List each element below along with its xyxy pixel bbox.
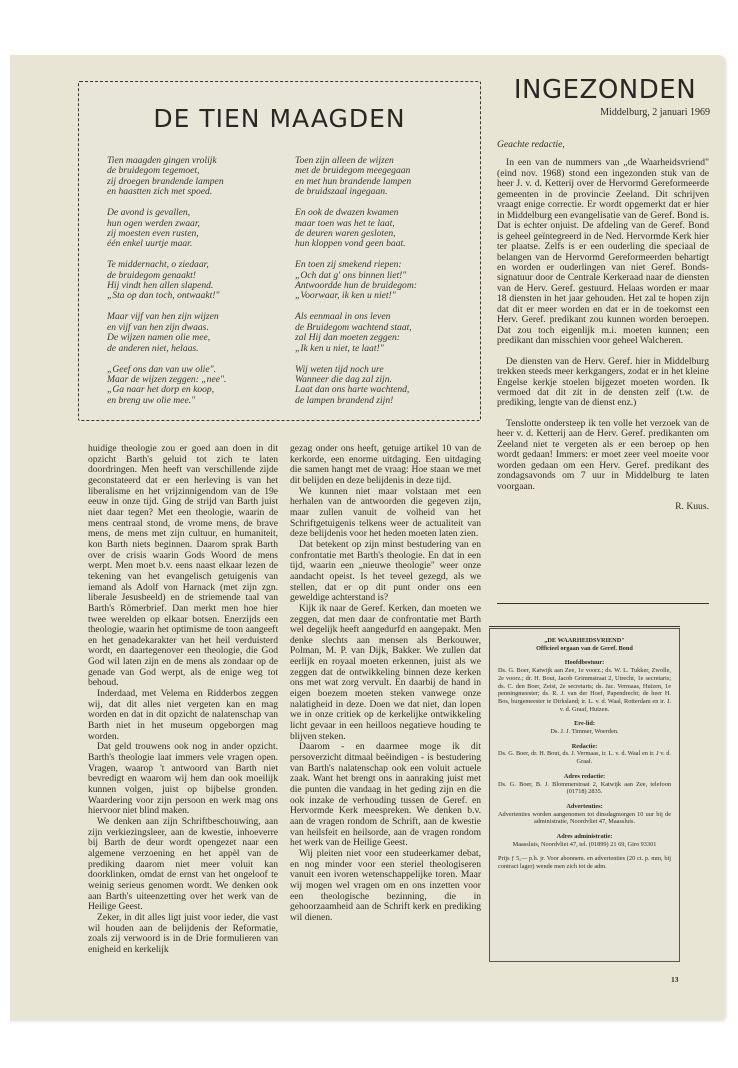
article-paragraph: Kijk ik naar de Geref. Kerken, dan moete…	[290, 604, 481, 743]
poem-stanza: De avond is gevallen, hun ogen werden zw…	[107, 208, 267, 250]
article-paragraph: We kunnen niet maar volstaan met een her…	[290, 487, 481, 540]
article-paragraph: Dat betekent op zijn minst bestudering v…	[290, 540, 481, 604]
poem-stanza: En ook de dwazen kwamen maar toen was he…	[295, 208, 455, 250]
page-number: 13	[671, 975, 679, 984]
poem-stanza: „Geef ons dan van uw olie". Maar de wijz…	[107, 365, 267, 407]
article-paragraph: huidige theologie zou er goed aan doen i…	[88, 444, 278, 689]
colophon-heading: Adres administratie:	[498, 833, 671, 841]
poem-box: DE TIEN MAAGDEN Tien maagden gingen vrol…	[78, 81, 481, 421]
poem-stanza: En toen zij smekend riepen: „Och dat g' …	[295, 260, 455, 302]
letter-paragraph: In een van de nummers van „de Waarheidsv…	[497, 158, 709, 346]
publication-subtitle: Officieel orgaan van de Geref. Bond	[498, 645, 671, 653]
colophon-sections: Hoofdbestuur:Ds. G. Boer, Katwijk aan Ze…	[498, 659, 671, 848]
divider-rule-thin	[489, 626, 680, 627]
letter-paragraphs: In een van de nummers van „de Waarheidsv…	[497, 158, 709, 492]
colophon-heading: Hoofdbestuur:	[498, 659, 671, 667]
article-paragraph: Daarom - en daarmee moge ik dit persover…	[290, 742, 481, 849]
dateline: Middelburg, 2 januari 1969	[496, 107, 710, 118]
poem-stanza: Toen zijn alleen de wijzen met de bruide…	[295, 156, 455, 198]
poem-stanza: Te middernacht, o ziedaar, de bruidegom …	[107, 260, 267, 302]
salutation: Geachte redactie,	[497, 140, 709, 150]
colophon-text: Ds. J. J. Timmer, Woerden.	[498, 728, 671, 736]
divider-rule	[497, 603, 709, 604]
article-paragraph: Dat geld trouwens ook nog in ander opzic…	[88, 742, 278, 817]
poem-stanza: Tien maagden gingen vrolijk de bruidegom…	[107, 156, 267, 198]
colophon-text: Advertenties worden aangenomen tot dinsd…	[498, 811, 671, 826]
article-paragraph: Zeker, in dit alles ligt juist voor iede…	[88, 913, 278, 956]
poem-column-right: Toen zijn alleen de wijzen met de bruide…	[295, 156, 455, 417]
colophon-heading: Ere-lid:	[498, 720, 671, 728]
article-column-1: huidige theologie zou er goed aan doen i…	[88, 444, 278, 956]
colophon-text: Ds. G. Boer, dr. H. Bout, ds. J. Vermaas…	[498, 750, 671, 765]
colophon-heading: Advertenties:	[498, 803, 671, 811]
colophon-text: Maassluis, Noordvliet 47, tel. (01899) 2…	[498, 841, 671, 849]
article-paragraph: Wij pleiten niet voor een studeerkamer d…	[290, 849, 481, 924]
letter-paragraph: De diensten van de Herv. Geref. hier in …	[497, 357, 709, 409]
price-note: Prijs ƒ 5,— p.h. jr. Voor abonnem. en ad…	[498, 855, 671, 870]
signature: R. Kuus.	[497, 502, 709, 512]
poem-stanza: Als eenmaal in ons leven de Bruidegom wa…	[295, 312, 455, 354]
poem-stanza: Wij weten tijd noch ure Wanneer die dag …	[295, 365, 455, 407]
article-paragraph: Inderdaad, met Velema en Ridderbos zegge…	[88, 689, 278, 742]
colophon-box: „DE WAARHEIDSVRIEND" Officieel orgaan va…	[489, 628, 680, 962]
poem-column-left: Tien maagden gingen vrolijk de bruidegom…	[107, 156, 267, 417]
colophon-heading: Redactie:	[498, 743, 671, 751]
colophon-text: Ds. G. Boer, Katwijk aan Zee, 1e voorz.;…	[498, 667, 671, 713]
colophon-text: Ds. G. Boer, B. J. Blommerstraat 2, Katw…	[498, 781, 671, 796]
article-paragraph: gezag onder ons heeft, getuige artikel 1…	[290, 444, 481, 487]
article-column-2: gezag onder ons heeft, getuige artikel 1…	[290, 444, 481, 924]
colophon-heading: Adres redactie:	[498, 773, 671, 781]
poem-stanza: Maar vijf van hen zijn wijzen en vijf va…	[107, 312, 267, 354]
article-paragraph: We denken aan zijn Schriftbeschouwing, a…	[88, 817, 278, 913]
publication-name: „DE WAARHEIDSVRIEND"	[498, 637, 671, 645]
poem-title: DE TIEN MAAGDEN	[79, 104, 480, 133]
letter-paragraph: Tenslotte ondersteep ik ten volle het ve…	[497, 419, 709, 492]
ingezonden-heading: INGEZONDEN	[500, 75, 710, 105]
letter-body: Geachte redactie, In een van de nummers …	[497, 140, 709, 513]
